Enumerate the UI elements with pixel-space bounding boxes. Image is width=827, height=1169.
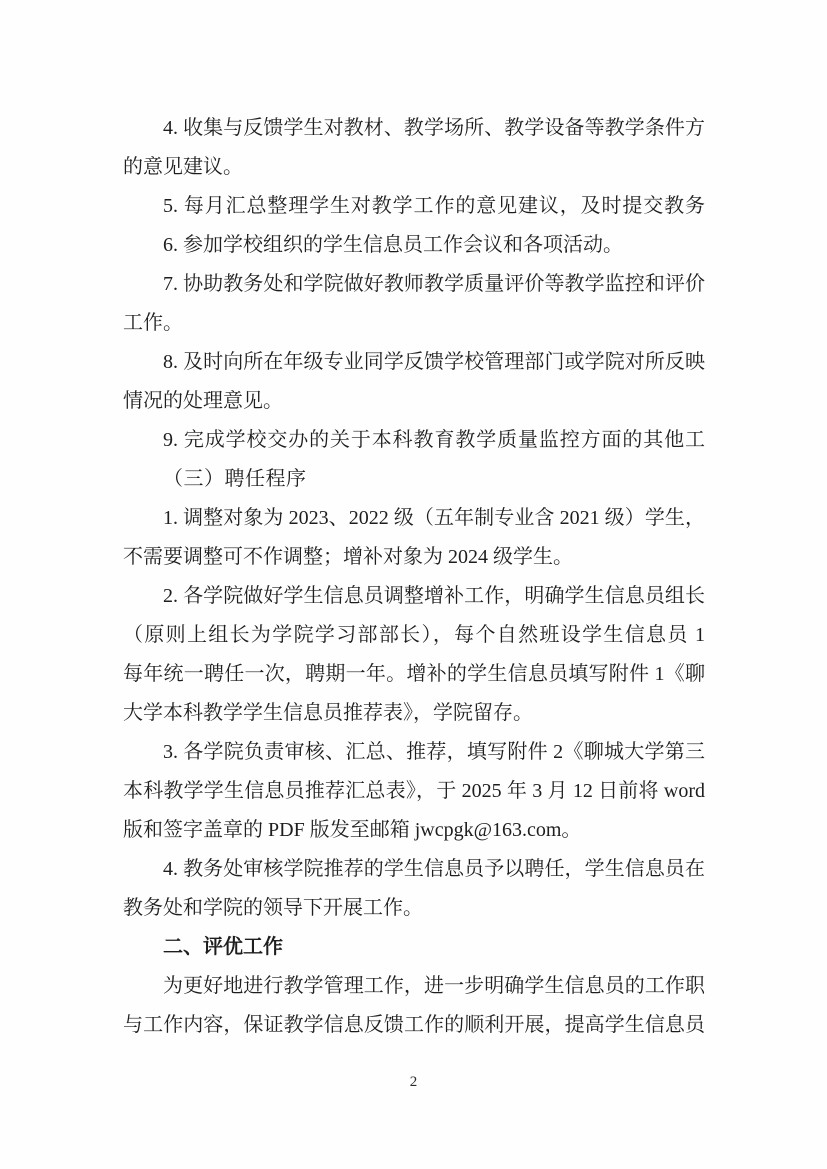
text-line: 9. 完成学校交办的关于本科教育教学质量监控方面的其他工作。 [123, 421, 705, 460]
page-number: 2 [0, 1072, 827, 1092]
text-line: 与工作内容，保证教学信息反馈工作的顺利开展，提高学生信息员参 [123, 1006, 705, 1045]
paragraph: 9. 完成学校交办的关于本科教育教学质量监控方面的其他工作。 [123, 421, 705, 460]
text-line: 不需要调整可不作调整；增补对象为 2024 级学生。 [123, 538, 705, 577]
text-line: 本科教学学生信息员推荐汇总表》，于 2025 年 3 月 12 日前将 word [123, 772, 705, 811]
paragraph: 6. 参加学校组织的学生信息员工作会议和各项活动。 [123, 226, 705, 265]
section-heading: 二、评优工作 [123, 928, 705, 967]
text-line: 工作。 [123, 304, 705, 343]
text-line: 教务处和学院的领导下开展工作。 [123, 889, 705, 928]
text-line: 5. 每月汇总整理学生对教学工作的意见建议，及时提交教务处。 [123, 187, 705, 226]
text-line: 每年统一聘任一次，聘期一年。增补的学生信息员填写附件 1《聊城 [123, 655, 705, 694]
paragraph: 2. 各学院做好学生信息员调整增补工作，明确学生信息员组长（原则上组长为学院学习… [123, 577, 705, 733]
paragraph: 为更好地进行教学管理工作，进一步明确学生信息员的工作职责与工作内容，保证教学信息… [123, 967, 705, 1045]
paragraph: 3. 各学院负责审核、汇总、推荐，填写附件 2《聊城大学第三届本科教学学生信息员… [123, 733, 705, 850]
paragraph: 1. 调整对象为 2023、2022 级（五年制专业含 2021 级）学生，如不… [123, 499, 705, 577]
text-line: 情况的处理意见。 [123, 382, 705, 421]
text-line: （三）聘任程序 [123, 460, 705, 499]
paragraph: 7. 协助教务处和学院做好教师教学质量评价等教学监控和评价工作。 [123, 265, 705, 343]
text-line: 6. 参加学校组织的学生信息员工作会议和各项活动。 [123, 226, 705, 265]
text-line: 的意见建议。 [123, 148, 705, 187]
text-line: 4. 收集与反馈学生对教材、教学场所、教学设备等教学条件方面 [123, 109, 705, 148]
text-line: 7. 协助教务处和学院做好教师教学质量评价等教学监控和评价 [123, 265, 705, 304]
paragraph: 4. 教务处审核学院推荐的学生信息员予以聘任，学生信息员在教务处和学院的领导下开… [123, 850, 705, 928]
text-line: 大学本科教学学生信息员推荐表》，学院留存。 [123, 694, 705, 733]
text-line: 8. 及时向所在年级专业同学反馈学校管理部门或学院对所反映 [123, 343, 705, 382]
text-line: 版和签字盖章的 PDF 版发至邮箱 jwcpgk@163.com。 [123, 811, 705, 850]
paragraph: 4. 收集与反馈学生对教材、教学场所、教学设备等教学条件方面的意见建议。 [123, 109, 705, 187]
paragraph: 8. 及时向所在年级专业同学反馈学校管理部门或学院对所反映情况的处理意见。 [123, 343, 705, 421]
section-heading: （三）聘任程序 [123, 460, 705, 499]
text-line: 二、评优工作 [123, 928, 705, 967]
text-line: 1. 调整对象为 2023、2022 级（五年制专业含 2021 级）学生，如 [123, 499, 705, 538]
document-page: 4. 收集与反馈学生对教材、教学场所、教学设备等教学条件方面的意见建议。5. 每… [0, 0, 827, 1169]
document-body: 4. 收集与反馈学生对教材、教学场所、教学设备等教学条件方面的意见建议。5. 每… [123, 109, 705, 1045]
paragraph: 5. 每月汇总整理学生对教学工作的意见建议，及时提交教务处。 [123, 187, 705, 226]
text-line: 4. 教务处审核学院推荐的学生信息员予以聘任，学生信息员在 [123, 850, 705, 889]
text-line: 3. 各学院负责审核、汇总、推荐，填写附件 2《聊城大学第三届 [123, 733, 705, 772]
text-line: （原则上组长为学院学习部部长），每个自然班设学生信息员 1 名， [123, 616, 705, 655]
text-line: 2. 各学院做好学生信息员调整增补工作，明确学生信息员组长 [123, 577, 705, 616]
text-line: 为更好地进行教学管理工作，进一步明确学生信息员的工作职责 [123, 967, 705, 1006]
